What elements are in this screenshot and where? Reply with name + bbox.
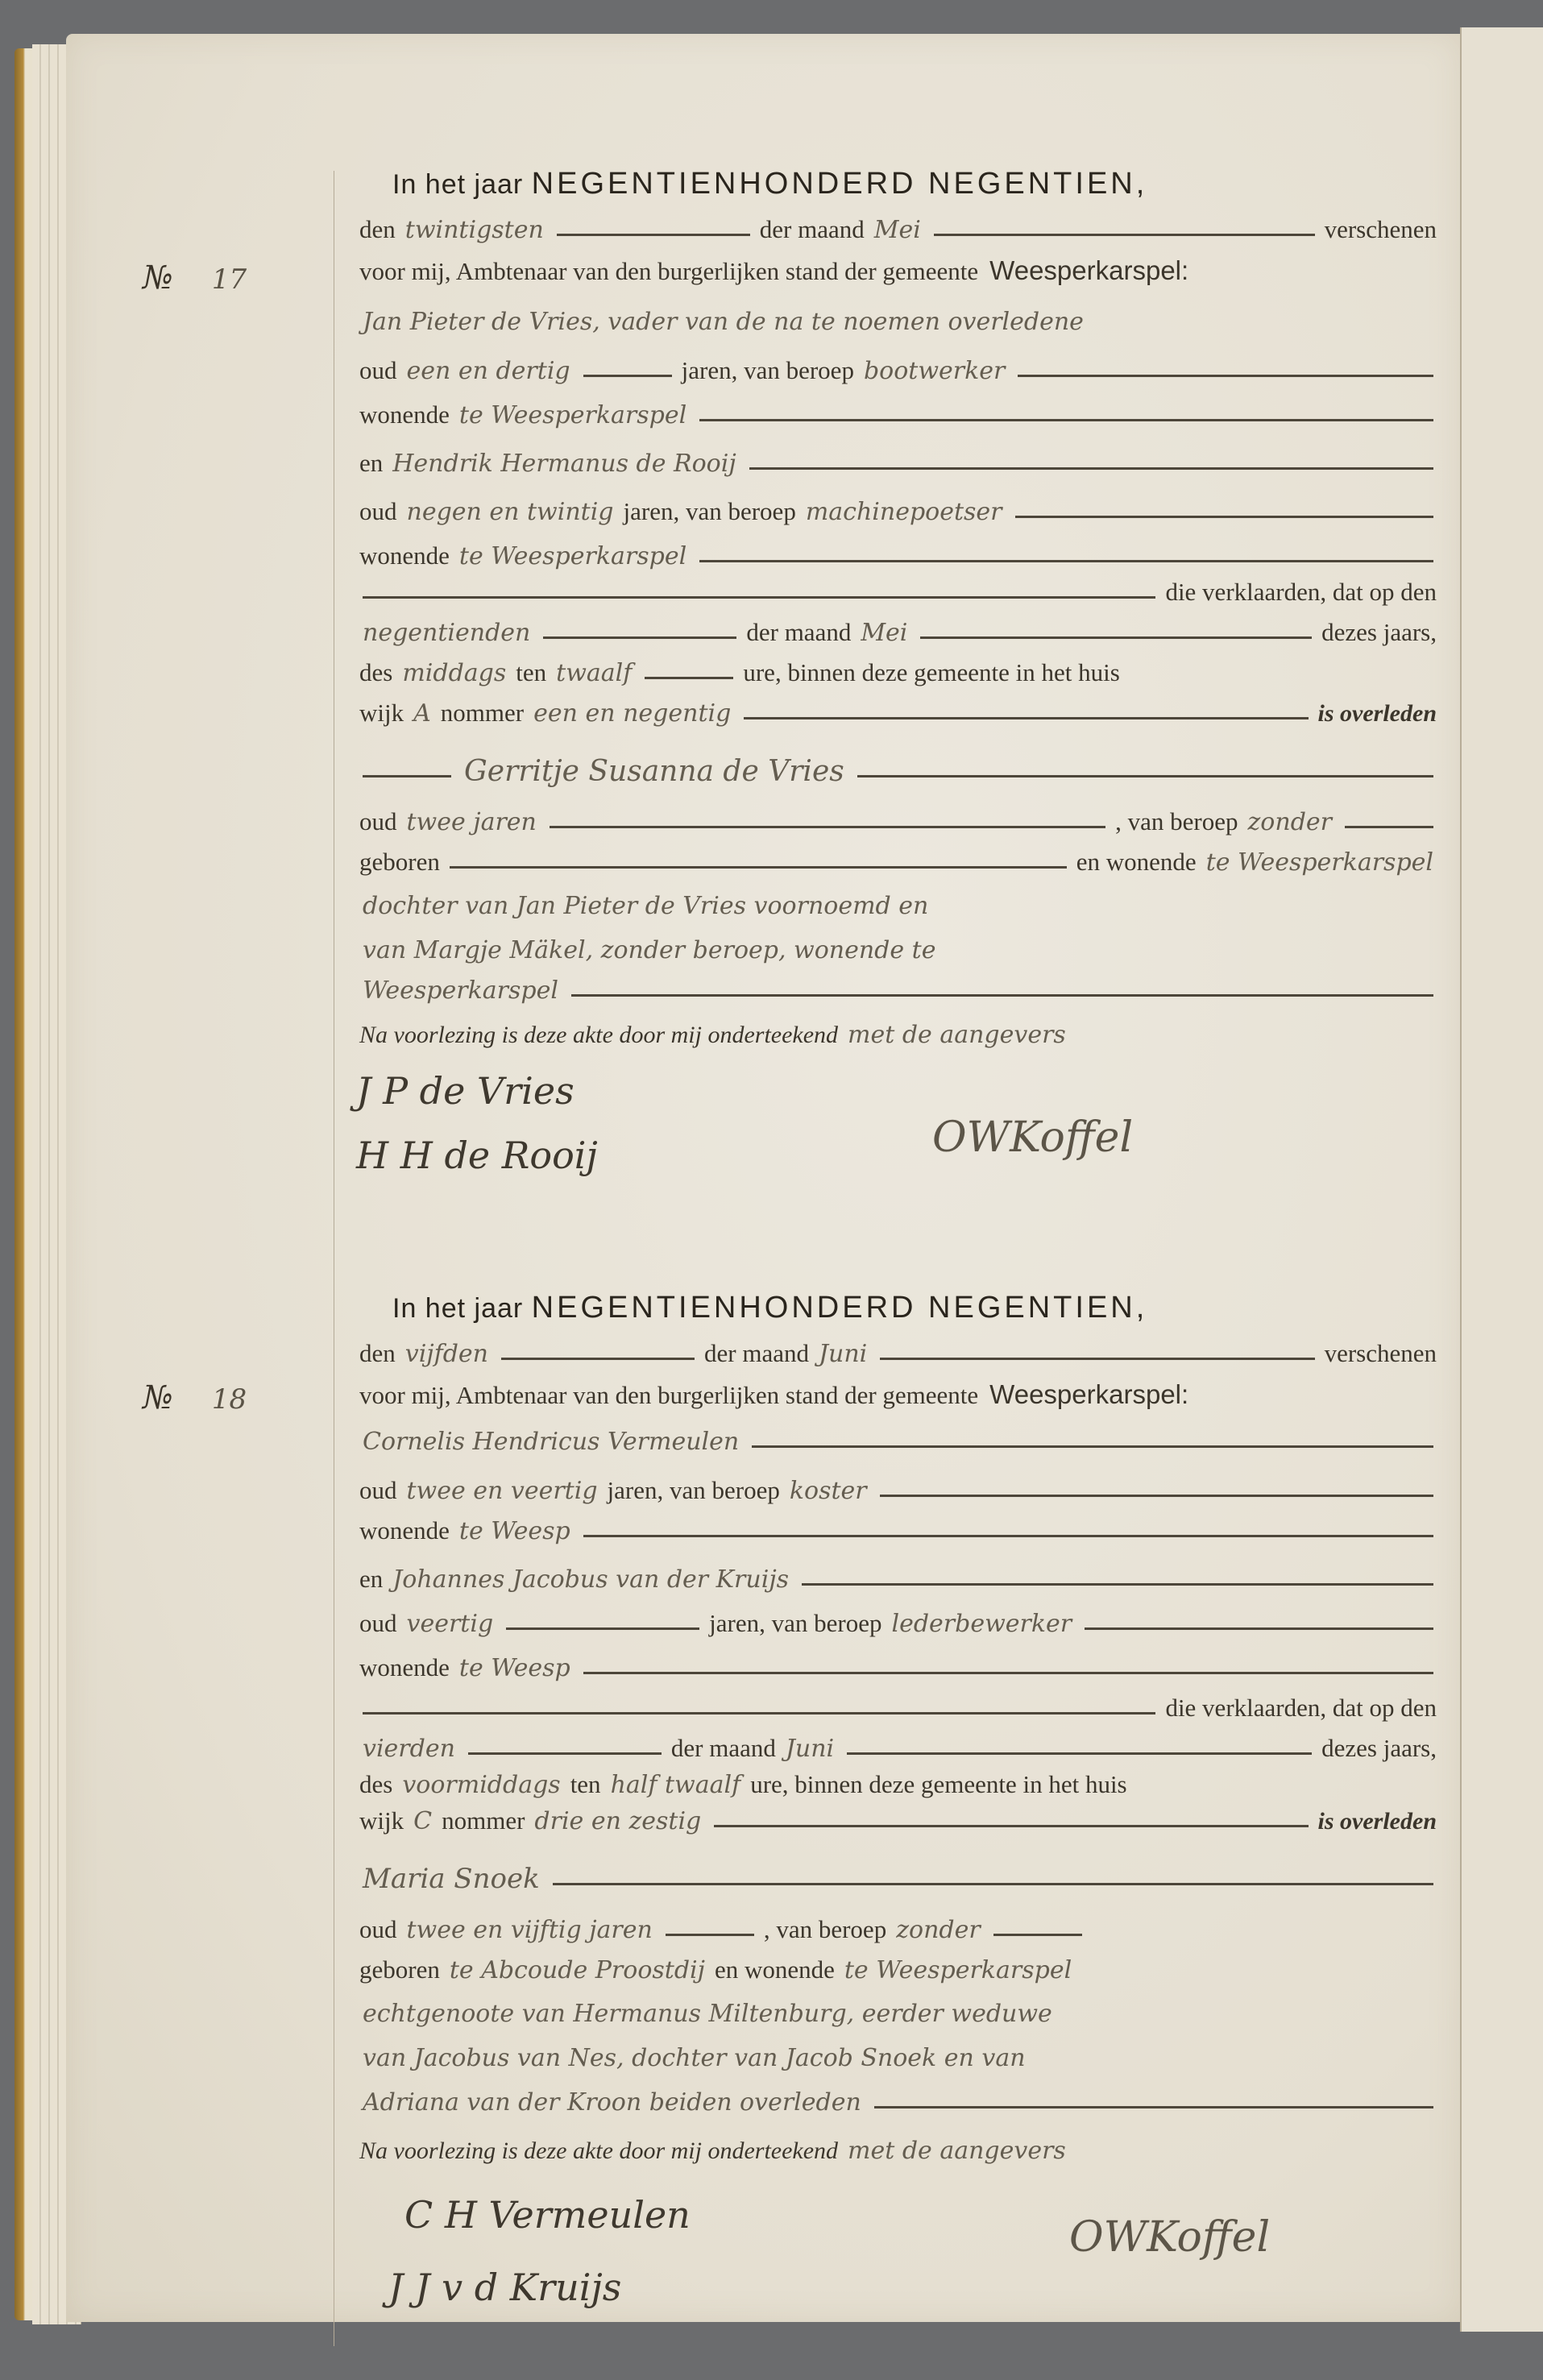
parents-line-3: Weesperkarspel <box>356 976 1440 1005</box>
declaration-date-line: den vijfden der maand Juni verschenen <box>356 1339 1440 1368</box>
facing-page <box>1460 27 1543 2332</box>
parents-line-2: van Jacobus van Nes, dochter van Jacob S… <box>356 2044 1440 2072</box>
declaration-month: Mei <box>868 216 927 244</box>
deceased-name: Gerritje Susanna de Vries <box>458 755 851 788</box>
death-time-line: des middags ten twaalf ure, binnen deze … <box>356 658 1440 687</box>
death-date-line: negentienden der maand Mei dezes jaars, <box>356 618 1440 647</box>
declarant1-name-line: Cornelis Hendricus Vermeulen <box>356 1428 1440 1456</box>
declarant1-age-line: oud twee en veertig jaren, van beroep ko… <box>356 1476 1440 1505</box>
declarant2-age-line: oud veertig jaren, van beroep lederbewer… <box>356 1609 1440 1638</box>
record-number: №18 <box>143 1379 253 1416</box>
address-line: wijk C nommer drie en zestig is overlede… <box>356 1806 1440 1835</box>
declarant1-name: Jan Pieter de Vries, vader van de na te … <box>356 308 1090 336</box>
signature-official: OWKoffel <box>932 1113 1133 1162</box>
record-number: №17 <box>143 259 253 296</box>
register-page: In het jaar NEGENTIENHONDERD NEGENTIEN, … <box>66 34 1460 2322</box>
declarant1-age-line: oud een en dertig jaren, van beroep boot… <box>356 356 1440 385</box>
address-line: wijk A nommer een en negentig is overled… <box>356 699 1440 728</box>
declarant1-residence-line: wonende te Weesp <box>356 1516 1440 1545</box>
official-line: voor mij, Ambtenaar van den burgerlijken… <box>356 1379 1440 1410</box>
record-heading: In het jaar NEGENTIENHONDERD NEGENTIEN, <box>392 167 1440 201</box>
signature-declarant2: H H de Rooij <box>356 1134 598 1177</box>
declarant1-name-line: Jan Pieter de Vries, vader van de na te … <box>356 308 1440 336</box>
closing-line: Na voorlezing is deze akte door mij onde… <box>356 1021 1440 1049</box>
declarant2-age-line: oud negen en twintig jaren, van beroep m… <box>356 497 1440 526</box>
deceased-name-line: Gerritje Susanna de Vries <box>356 755 1440 788</box>
signature-declarant1: C H Vermeulen <box>404 2193 691 2237</box>
signature-official: OWKoffel <box>1069 2213 1270 2262</box>
declarant1-residence-line: wonende te Weesperkarspel <box>356 400 1440 429</box>
signature-declarant2: J J v d Kruijs <box>388 2266 621 2309</box>
birth-line: geboren te Abcoude Proostdij en wonende … <box>356 1955 1440 1984</box>
declaration-date-line: den twintigsten der maand Mei verschenen <box>356 215 1440 244</box>
deceased-name: Maria Snoek <box>356 1863 546 1895</box>
record-heading: In het jaar NEGENTIENHONDERD NEGENTIEN, <box>392 1291 1440 1325</box>
official-line: voor mij, Ambtenaar van den burgerlijken… <box>356 255 1440 286</box>
parents-line-1: echtgenoote van Hermanus Miltenburg, eer… <box>356 2000 1440 2028</box>
declaration-day: twintigsten <box>399 216 550 244</box>
signature-declarant1: J P de Vries <box>356 1069 574 1113</box>
deceased-age-line: oud twee jaren , van beroep zonder <box>356 807 1440 836</box>
parents-line-2: van Margje Mäkel, zonder beroep, wonende… <box>356 936 1440 964</box>
parents-line-3: Adriana van der Kroon beiden overleden <box>356 2088 1440 2117</box>
deceased-age-line: oud twee en vijftig jaren , van beroep z… <box>356 1915 1440 1944</box>
deceased-name-line: Maria Snoek <box>356 1863 1440 1895</box>
death-time-line: des voormiddags ten half twaalf ure, bin… <box>356 1770 1440 1799</box>
closing-line: Na voorlezing is deze akte door mij onde… <box>356 2137 1440 2165</box>
declarant2-residence-line: wonende te Weesperkarspel <box>356 541 1440 570</box>
death-date-line: vierden der maand Juni dezes jaars, <box>356 1734 1440 1763</box>
parents-line-1: dochter van Jan Pieter de Vries voornoem… <box>356 892 1440 920</box>
declarant2-residence-line: wonende te Weesp <box>356 1653 1440 1682</box>
margin-rule <box>334 171 334 2346</box>
declared-line: die verklaarden, dat op den <box>356 578 1440 607</box>
declarant2-name-line: en Johannes Jacobus van der Kruijs <box>356 1565 1440 1594</box>
declarant2-name-line: en Hendrik Hermanus de Rooij <box>356 449 1440 478</box>
declared-line: die verklaarden, dat op den <box>356 1694 1440 1723</box>
birth-line: geboren en wonende te Weesperkarspel <box>356 848 1440 877</box>
